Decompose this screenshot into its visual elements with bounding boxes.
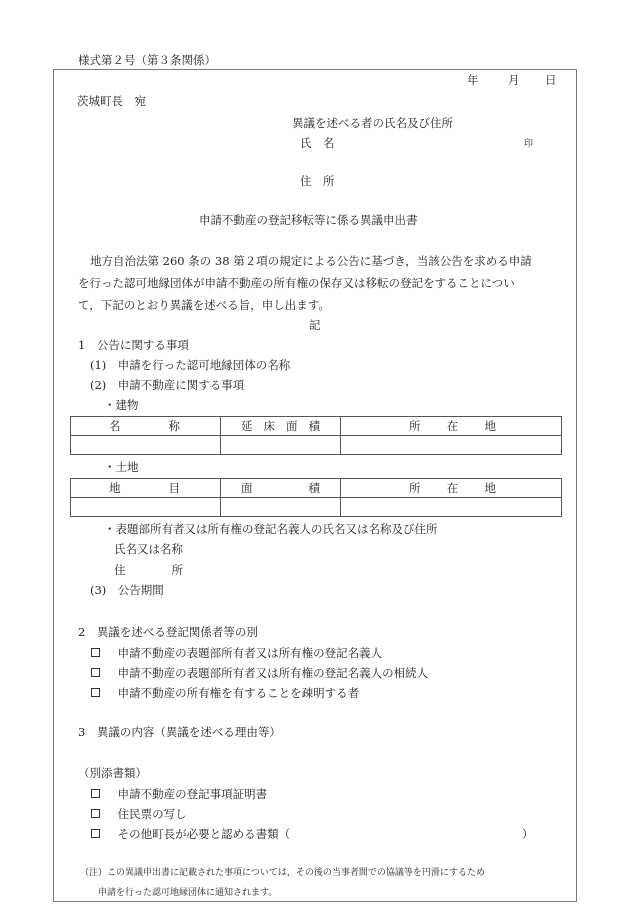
- land-table-row: [71, 498, 562, 517]
- section2-heading: 2 異議を述べる登記関係者等の別: [78, 627, 258, 639]
- attachment-option-2[interactable]: 住民票の写し: [91, 809, 187, 821]
- checkbox-icon[interactable]: [91, 648, 100, 657]
- attachment-close-paren: ）: [522, 829, 534, 841]
- owner-label: ・表題部所有者又は所有権の登記名義人の氏名又は名称及び住所: [104, 524, 438, 536]
- checkbox-icon[interactable]: [91, 668, 100, 677]
- building-name-cell[interactable]: [71, 436, 221, 455]
- land-category-cell[interactable]: [71, 498, 221, 517]
- applicant-address-label: 住 所: [300, 176, 335, 188]
- applicant-heading: 異議を述べる者の氏名及び住所: [292, 118, 453, 130]
- section1-item2: (2) 申請不動産に関する事項: [90, 380, 244, 392]
- checkbox-icon[interactable]: [91, 688, 100, 697]
- ki-label: 記: [309, 320, 321, 332]
- checkbox-icon[interactable]: [91, 829, 100, 838]
- section2-option-2[interactable]: 申請不動産の表題部所有者又は所有権の登記名義人の相続人: [91, 668, 428, 680]
- land-table: 地 目 面 積 所 在 地: [70, 478, 562, 517]
- seal-mark: 印: [524, 140, 533, 149]
- date-day: 日: [545, 75, 557, 87]
- section1-item1: (1) 申請を行った認可地縁団体の名称: [90, 360, 290, 372]
- attachments-heading: （別添書類）: [78, 768, 147, 780]
- section3-heading: 3 異議の内容（異議を述べる理由等）: [78, 727, 281, 739]
- section1-item3: (3) 公告期間: [90, 585, 164, 597]
- land-area-cell[interactable]: [221, 498, 341, 517]
- note-line-1: （注）この異議申出書に記載された事項については，その後の当事者間での協議等を円滑…: [80, 869, 485, 878]
- land-location-cell[interactable]: [341, 498, 562, 517]
- date-month: 月: [508, 75, 520, 87]
- checkbox-icon[interactable]: [91, 789, 100, 798]
- form-id: 様式第２号（第３条関係）: [78, 55, 216, 67]
- body-line-3: て，下記のとおり異議を述べる旨，申し出ます。: [78, 300, 330, 312]
- body-line-1: 地方自治法第 260 条の 38 第２項の規定による公告に基づき，当該公告を求め…: [90, 256, 532, 268]
- building-table-header: 名 称 延 床 面 積 所 在 地: [71, 417, 562, 436]
- checkbox-icon[interactable]: [91, 809, 100, 818]
- note-line-2: 申請を行った認可地縁団体に通知されます。: [98, 889, 277, 898]
- building-floor-area-cell[interactable]: [221, 436, 341, 455]
- owner-name-label: 氏名又は名称: [114, 544, 183, 556]
- date-year: 年: [467, 75, 479, 87]
- body-line-2: を行った認可地縁団体が申請不動産の所有権の保存又は移転の登記をすることについ: [78, 278, 515, 290]
- attachment-option-1[interactable]: 申請不動産の登記事項証明書: [91, 789, 267, 801]
- attachment-option-3[interactable]: その他町長が必要と認める書類（: [91, 829, 290, 841]
- document-title: 申請不動産の登記移転等に係る異議申出書: [199, 215, 418, 227]
- building-table-row: [71, 436, 562, 455]
- section2-option-1[interactable]: 申請不動産の表題部所有者又は所有権の登記名義人: [91, 648, 382, 660]
- land-label: ・土地: [104, 462, 139, 474]
- land-table-header: 地 目 面 積 所 在 地: [71, 479, 562, 498]
- section1-heading: 1 公告に関する事項: [78, 340, 189, 352]
- section2-option-3[interactable]: 申請不動産の所有権を有することを疎明する者: [91, 688, 359, 700]
- owner-address-label: 住 所: [114, 565, 183, 577]
- applicant-name-label: 氏 名: [300, 138, 335, 150]
- building-table: 名 称 延 床 面 積 所 在 地: [70, 416, 562, 455]
- building-label: ・建物: [104, 400, 139, 412]
- addressee: 茨城町長 宛: [77, 96, 146, 108]
- building-location-cell[interactable]: [341, 436, 562, 455]
